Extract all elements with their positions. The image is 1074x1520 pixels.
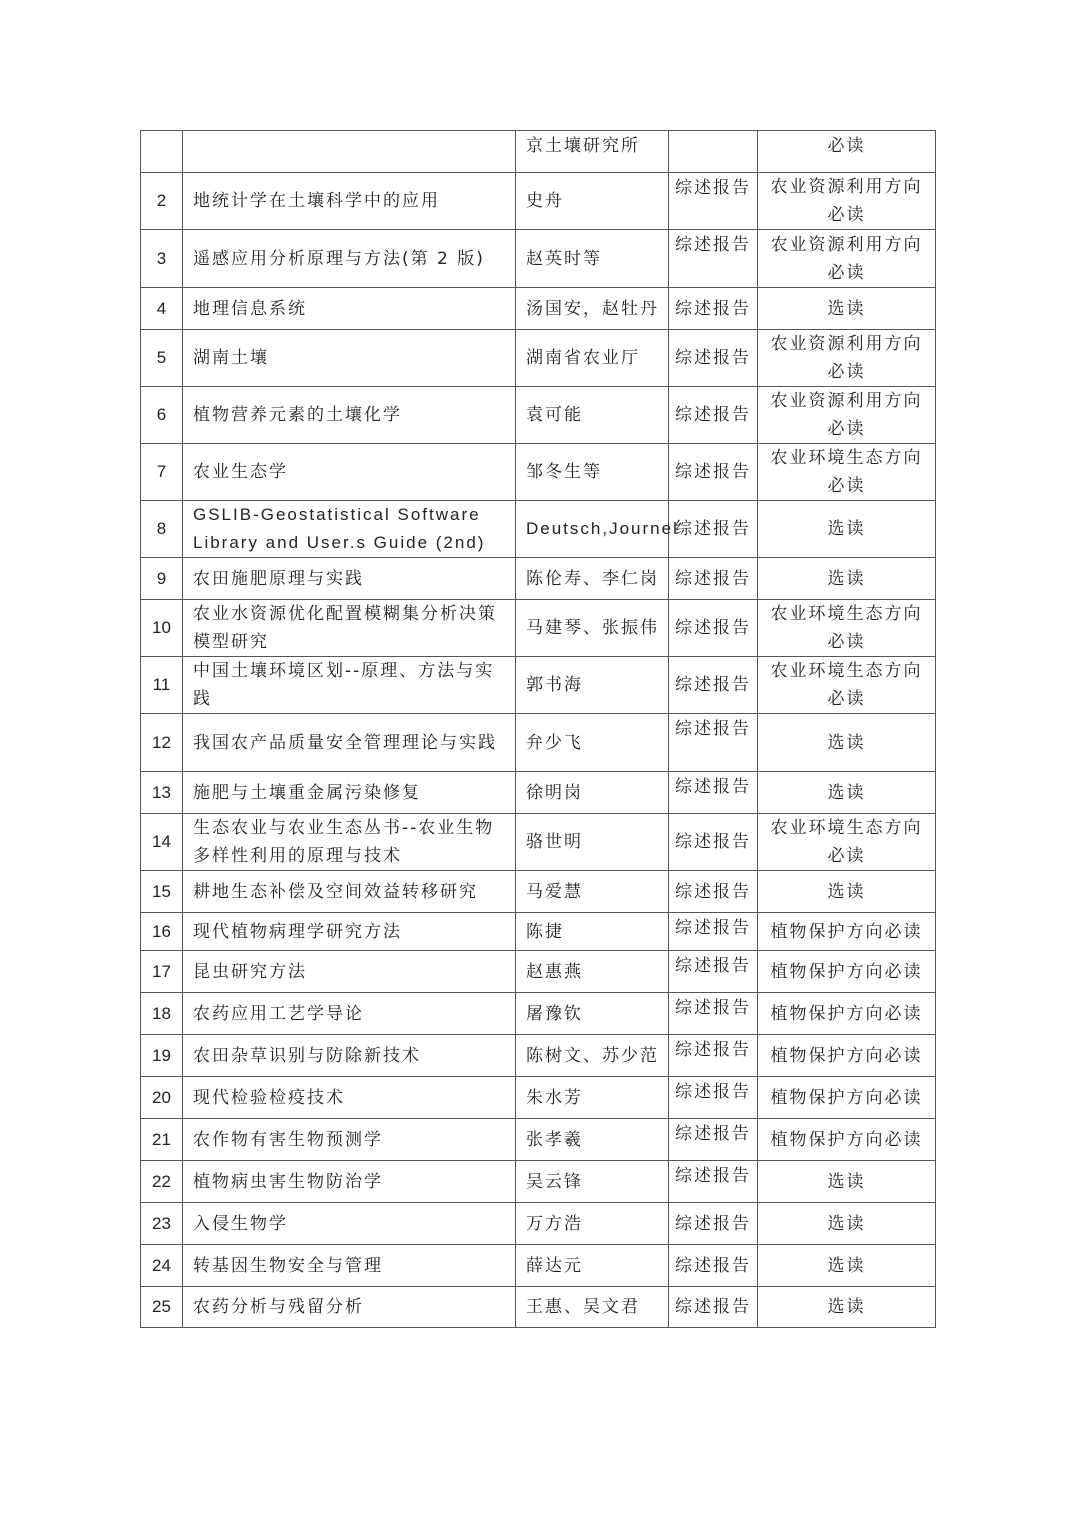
reading-requirement: 农业环境生态方向必读	[758, 444, 936, 501]
book-title: 遥感应用分析原理与方法(第 2 版)	[183, 230, 516, 288]
reading-requirement: 农业环境生态方向必读	[758, 814, 936, 871]
table-row: 25 农药分析与残留分析 王惠、吴文君 综述报告 选读	[141, 1287, 936, 1328]
row-number: 18	[141, 993, 183, 1035]
table-row: 9 农田施肥原理与实践 陈伦寿、李仁岗 综述报告 选读	[141, 558, 936, 600]
table-row: 4 地理信息系统 汤国安，赵牡丹 综述报告 选读	[141, 288, 936, 330]
assessment-type: 综述报告	[669, 1035, 758, 1077]
table-row: 23 入侵生物学 万方浩 综述报告 选读	[141, 1203, 936, 1245]
table-row: 6 植物营养元素的土壤化学 袁可能 综述报告 农业资源利用方向必读	[141, 387, 936, 444]
row-number: 3	[141, 230, 183, 288]
book-title: 入侵生物学	[183, 1203, 516, 1245]
row-number: 21	[141, 1119, 183, 1161]
book-author: 徐明岗	[516, 772, 669, 814]
assessment-type: 综述报告	[669, 1119, 758, 1161]
table-row: 24 转基因生物安全与管理 薛达元 综述报告 选读	[141, 1245, 936, 1287]
book-title: 我国农产品质量安全管理理论与实践	[183, 714, 516, 772]
assessment-type: 综述报告	[669, 951, 758, 993]
book-title: 植物病虫害生物防治学	[183, 1161, 516, 1203]
assessment-type: 综述报告	[669, 558, 758, 600]
row-number: 6	[141, 387, 183, 444]
table-row: 8 GSLIB-Geostatistical Software Library …	[141, 501, 936, 558]
row-number: 7	[141, 444, 183, 501]
row-number: 2	[141, 173, 183, 230]
reading-requirement: 选读	[758, 1161, 936, 1203]
book-author: Deutsch,Journel	[516, 501, 669, 558]
row-number: 24	[141, 1245, 183, 1287]
reading-requirement: 选读	[758, 871, 936, 913]
book-author: 陈捷	[516, 913, 669, 951]
table-row: 13 施肥与土壤重金属污染修复 徐明岗 综述报告 选读	[141, 772, 936, 814]
book-title	[183, 131, 516, 173]
assessment-type: 综述报告	[669, 173, 758, 230]
assessment-type: 综述报告	[669, 1161, 758, 1203]
reading-requirement: 农业资源利用方向必读	[758, 330, 936, 387]
book-title: GSLIB-Geostatistical Software Library an…	[183, 501, 516, 558]
book-author: 马爱慧	[516, 871, 669, 913]
book-author: 湖南省农业厅	[516, 330, 669, 387]
assessment-type	[669, 131, 758, 173]
book-title: 昆虫研究方法	[183, 951, 516, 993]
row-number: 15	[141, 871, 183, 913]
row-number: 20	[141, 1077, 183, 1119]
book-author: 骆世明	[516, 814, 669, 871]
row-number: 12	[141, 714, 183, 772]
book-title: 植物营养元素的土壤化学	[183, 387, 516, 444]
table-row: 20 现代检验检疫技术 朱水芳 综述报告 植物保护方向必读	[141, 1077, 936, 1119]
book-title: 农业生态学	[183, 444, 516, 501]
book-title: 施肥与土壤重金属污染修复	[183, 772, 516, 814]
book-author: 马建琴、张振伟	[516, 600, 669, 657]
reading-requirement: 农业资源利用方向必读	[758, 387, 936, 444]
reading-requirement: 选读	[758, 714, 936, 772]
row-number: 9	[141, 558, 183, 600]
book-title: 地统计学在土壤科学中的应用	[183, 173, 516, 230]
reading-requirement: 选读	[758, 772, 936, 814]
assessment-type: 综述报告	[669, 1077, 758, 1119]
book-author: 邹冬生等	[516, 444, 669, 501]
book-title: 农作物有害生物预测学	[183, 1119, 516, 1161]
reading-requirement: 农业环境生态方向必读	[758, 600, 936, 657]
book-title: 湖南土壤	[183, 330, 516, 387]
assessment-type: 综述报告	[669, 387, 758, 444]
table-row: 11 中国土壤环境区划--原理、方法与实践 郭书海 综述报告 农业环境生态方向必…	[141, 657, 936, 714]
reading-requirement: 植物保护方向必读	[758, 1077, 936, 1119]
assessment-type: 综述报告	[669, 657, 758, 714]
book-author: 屠豫钦	[516, 993, 669, 1035]
reading-list-table: 京土壤研究所 必读 2 地统计学在土壤科学中的应用 史舟 综述报告 农业资源利用…	[140, 130, 936, 1328]
book-author: 薛达元	[516, 1245, 669, 1287]
row-number: 10	[141, 600, 183, 657]
row-number: 11	[141, 657, 183, 714]
row-number: 13	[141, 772, 183, 814]
assessment-type: 综述报告	[669, 993, 758, 1035]
book-title: 农药分析与残留分析	[183, 1287, 516, 1328]
table-row: 10 农业水资源优化配置模糊集分析决策模型研究 马建琴、张振伟 综述报告 农业环…	[141, 600, 936, 657]
row-number: 23	[141, 1203, 183, 1245]
table-row: 2 地统计学在土壤科学中的应用 史舟 综述报告 农业资源利用方向必读	[141, 173, 936, 230]
reading-requirement: 必读	[758, 131, 936, 173]
table-row: 16 现代植物病理学研究方法 陈捷 综述报告 植物保护方向必读	[141, 913, 936, 951]
table-row: 7 农业生态学 邹冬生等 综述报告 农业环境生态方向必读	[141, 444, 936, 501]
assessment-type: 综述报告	[669, 772, 758, 814]
assessment-type: 综述报告	[669, 444, 758, 501]
table-row: 5 湖南土壤 湖南省农业厅 综述报告 农业资源利用方向必读	[141, 330, 936, 387]
book-title: 农业水资源优化配置模糊集分析决策模型研究	[183, 600, 516, 657]
reading-requirement: 选读	[758, 558, 936, 600]
assessment-type: 综述报告	[669, 600, 758, 657]
table-row: 19 农田杂草识别与防除新技术 陈树文、苏少范 综述报告 植物保护方向必读	[141, 1035, 936, 1077]
book-author: 赵惠燕	[516, 951, 669, 993]
assessment-type: 综述报告	[669, 501, 758, 558]
assessment-type: 综述报告	[669, 913, 758, 951]
table-row: 21 农作物有害生物预测学 张孝羲 综述报告 植物保护方向必读	[141, 1119, 936, 1161]
reading-requirement: 植物保护方向必读	[758, 913, 936, 951]
assessment-type: 综述报告	[669, 871, 758, 913]
book-author: 袁可能	[516, 387, 669, 444]
book-title: 农田施肥原理与实践	[183, 558, 516, 600]
assessment-type: 综述报告	[669, 1287, 758, 1328]
book-title: 现代检验检疫技术	[183, 1077, 516, 1119]
book-title: 现代植物病理学研究方法	[183, 913, 516, 951]
assessment-type: 综述报告	[669, 1203, 758, 1245]
book-author: 万方浩	[516, 1203, 669, 1245]
book-author: 朱水芳	[516, 1077, 669, 1119]
assessment-type: 综述报告	[669, 814, 758, 871]
book-author: 陈伦寿、李仁岗	[516, 558, 669, 600]
row-number: 22	[141, 1161, 183, 1203]
row-number: 5	[141, 330, 183, 387]
reading-requirement: 植物保护方向必读	[758, 951, 936, 993]
assessment-type: 综述报告	[669, 1245, 758, 1287]
table-row: 14 生态农业与农业生态丛书--农业生物多样性利用的原理与技术 骆世明 综述报告…	[141, 814, 936, 871]
book-author: 张孝羲	[516, 1119, 669, 1161]
reading-requirement: 农业资源利用方向必读	[758, 173, 936, 230]
table-row: 12 我国农产品质量安全管理理论与实践 弁少飞 综述报告 选读	[141, 714, 936, 772]
row-number: 4	[141, 288, 183, 330]
book-author: 陈树文、苏少范	[516, 1035, 669, 1077]
reading-requirement: 选读	[758, 1245, 936, 1287]
book-author: 史舟	[516, 173, 669, 230]
row-number: 25	[141, 1287, 183, 1328]
reading-requirement: 植物保护方向必读	[758, 1119, 936, 1161]
assessment-type: 综述报告	[669, 230, 758, 288]
reading-requirement: 植物保护方向必读	[758, 993, 936, 1035]
book-author: 弁少飞	[516, 714, 669, 772]
assessment-type: 综述报告	[669, 288, 758, 330]
reading-requirement: 农业资源利用方向必读	[758, 230, 936, 288]
book-author: 京土壤研究所	[516, 131, 669, 173]
book-author: 吴云锋	[516, 1161, 669, 1203]
book-author: 赵英时等	[516, 230, 669, 288]
row-number: 16	[141, 913, 183, 951]
assessment-type: 综述报告	[669, 714, 758, 772]
book-author: 王惠、吴文君	[516, 1287, 669, 1328]
book-title: 地理信息系统	[183, 288, 516, 330]
book-author: 汤国安，赵牡丹	[516, 288, 669, 330]
reading-requirement: 农业环境生态方向必读	[758, 657, 936, 714]
reading-requirement: 选读	[758, 288, 936, 330]
row-number: 14	[141, 814, 183, 871]
table-row: 22 植物病虫害生物防治学 吴云锋 综述报告 选读	[141, 1161, 936, 1203]
book-title: 生态农业与农业生态丛书--农业生物多样性利用的原理与技术	[183, 814, 516, 871]
reading-requirement: 选读	[758, 1287, 936, 1328]
row-number: 8	[141, 501, 183, 558]
table-row: 3 遥感应用分析原理与方法(第 2 版) 赵英时等 综述报告 农业资源利用方向必…	[141, 230, 936, 288]
table-body: 京土壤研究所 必读 2 地统计学在土壤科学中的应用 史舟 综述报告 农业资源利用…	[141, 131, 936, 1328]
assessment-type: 综述报告	[669, 330, 758, 387]
reading-requirement: 选读	[758, 501, 936, 558]
row-number	[141, 131, 183, 173]
book-title: 农药应用工艺学导论	[183, 993, 516, 1035]
reading-requirement: 植物保护方向必读	[758, 1035, 936, 1077]
table-row: 17 昆虫研究方法 赵惠燕 综述报告 植物保护方向必读	[141, 951, 936, 993]
book-title: 耕地生态补偿及空间效益转移研究	[183, 871, 516, 913]
row-number: 19	[141, 1035, 183, 1077]
book-author: 郭书海	[516, 657, 669, 714]
table-row: 15 耕地生态补偿及空间效益转移研究 马爱慧 综述报告 选读	[141, 871, 936, 913]
table-row: 18 农药应用工艺学导论 屠豫钦 综述报告 植物保护方向必读	[141, 993, 936, 1035]
reading-requirement: 选读	[758, 1203, 936, 1245]
book-title: 中国土壤环境区划--原理、方法与实践	[183, 657, 516, 714]
row-number: 17	[141, 951, 183, 993]
book-title: 转基因生物安全与管理	[183, 1245, 516, 1287]
book-title: 农田杂草识别与防除新技术	[183, 1035, 516, 1077]
table-row: 京土壤研究所 必读	[141, 131, 936, 173]
